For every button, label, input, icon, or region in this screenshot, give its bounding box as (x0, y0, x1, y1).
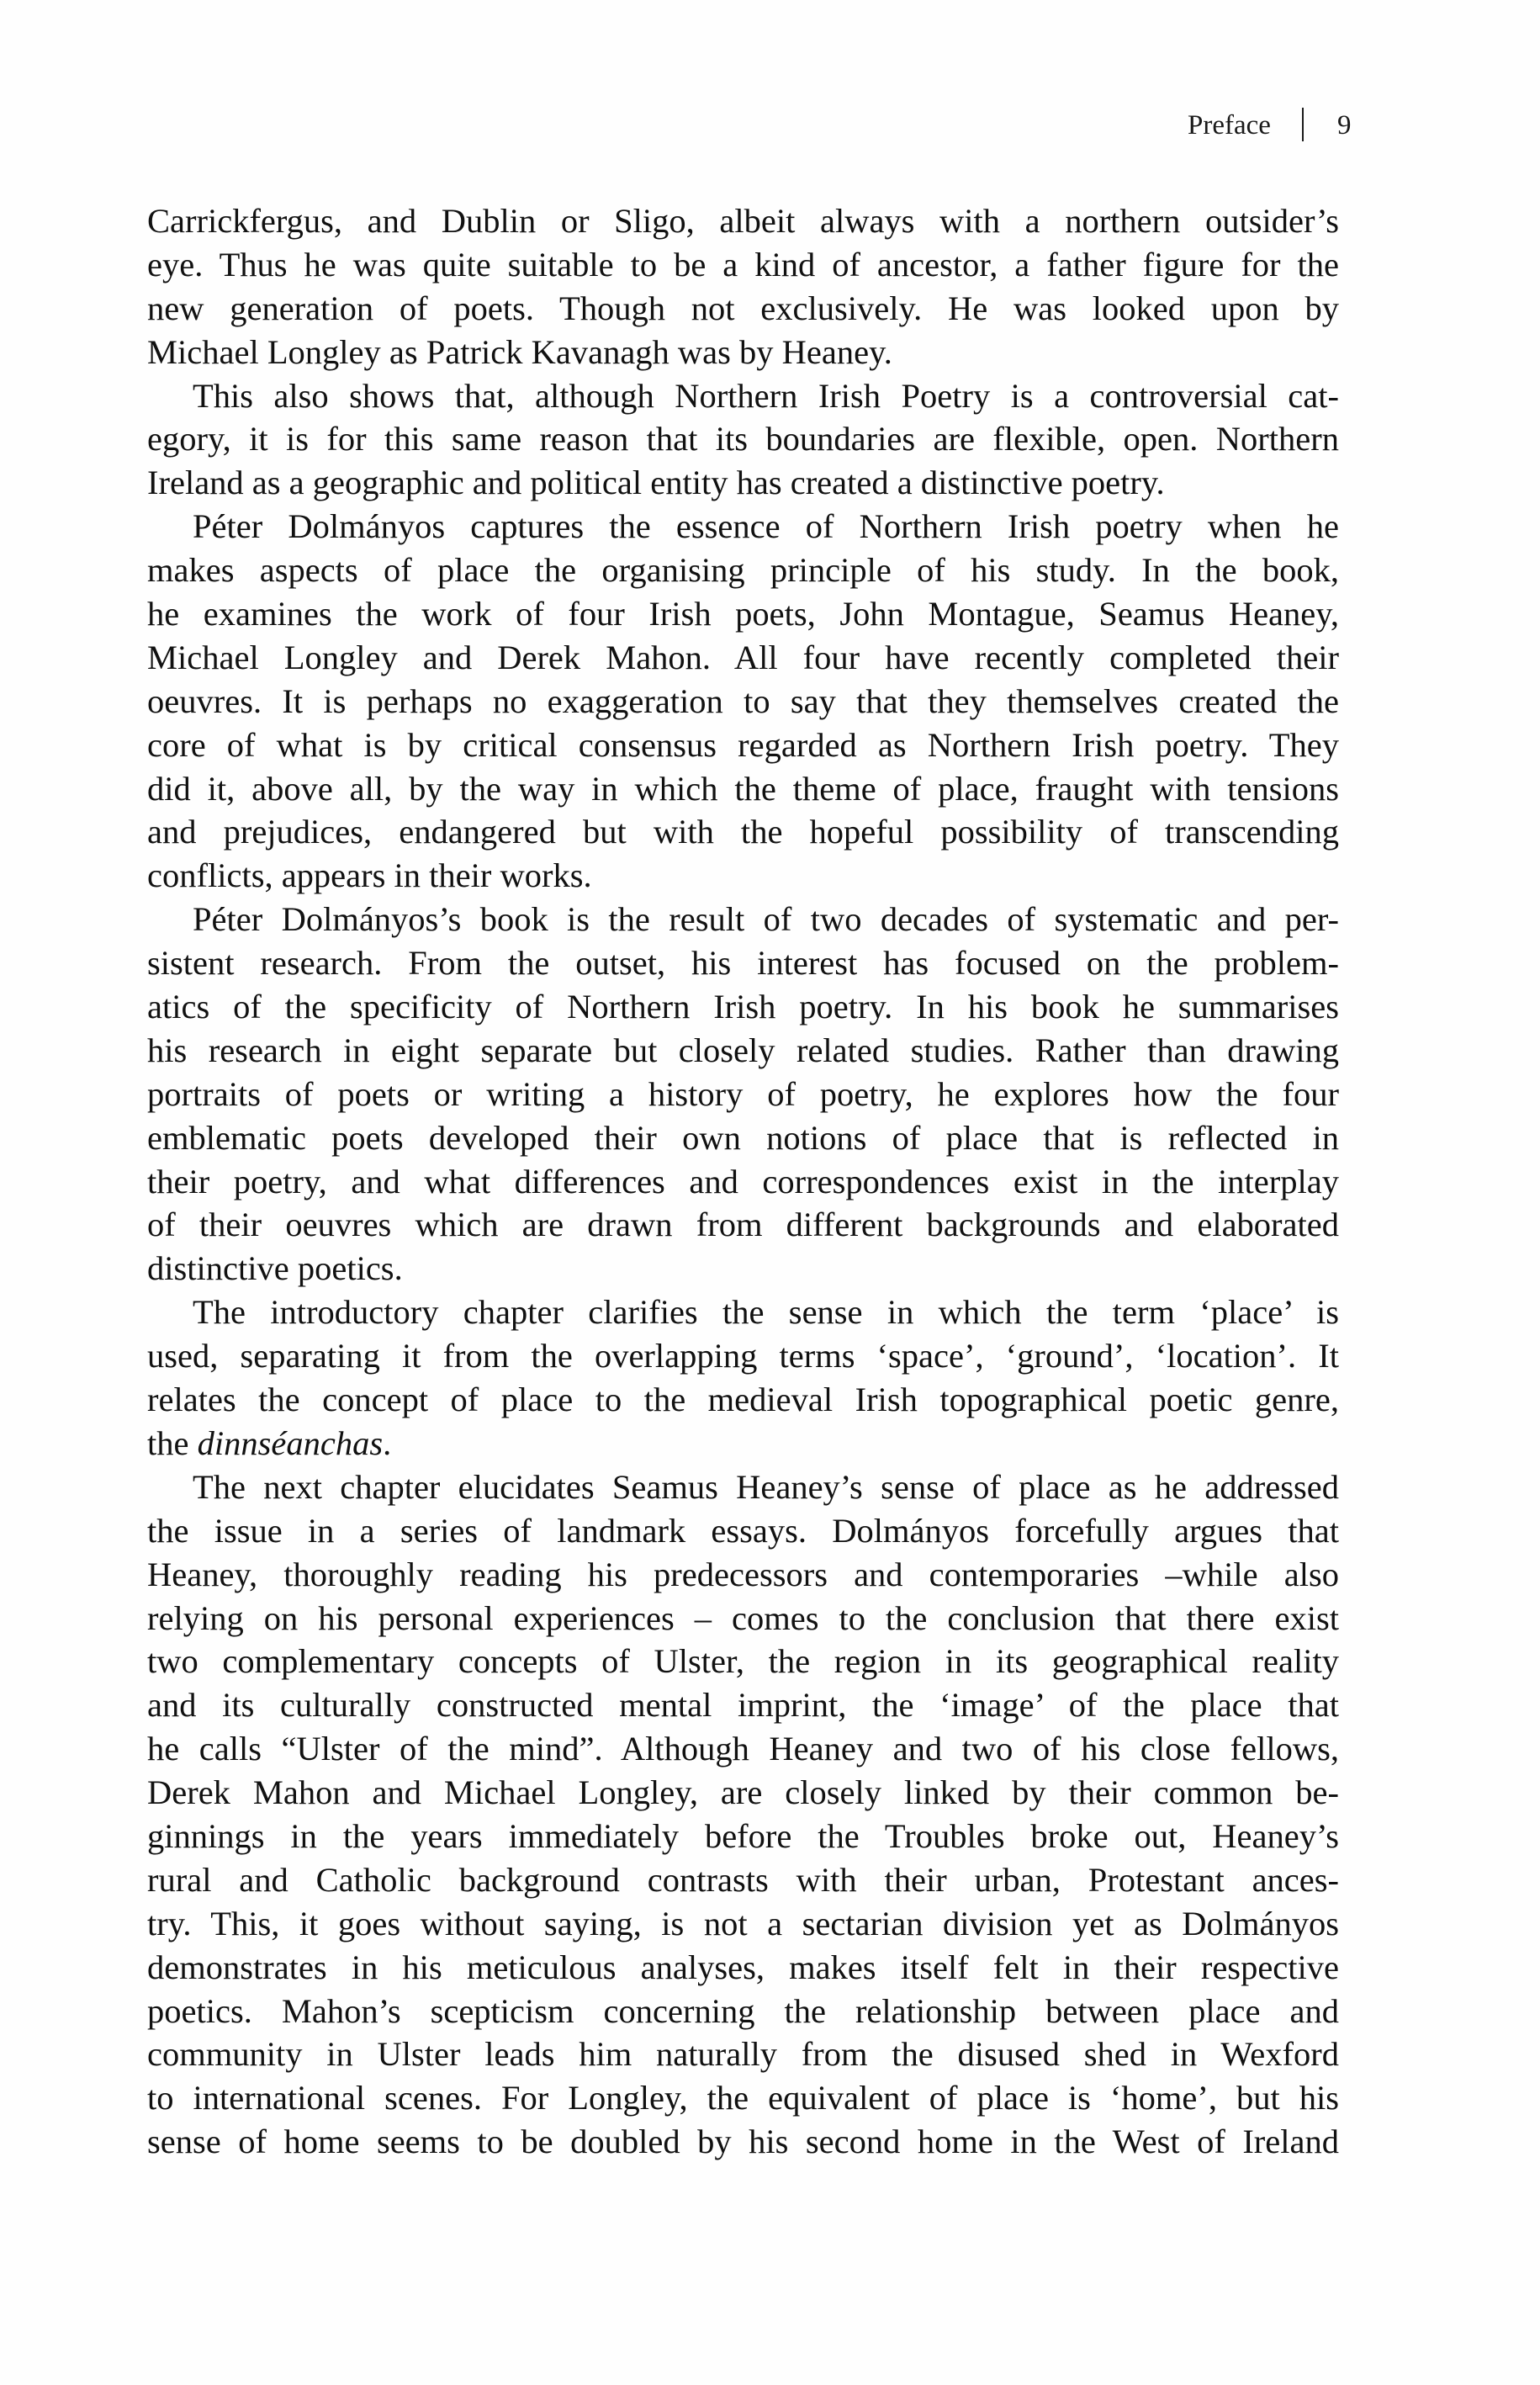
text-fragment: . (383, 1424, 391, 1462)
text-line: egory, it is for this same reason that i… (147, 417, 1339, 461)
text-line: Carrickfergus, and Dublin or Sligo, albe… (147, 199, 1339, 243)
running-head-separator (1302, 108, 1304, 141)
text-line: used, separating it from the overlapping… (147, 1334, 1339, 1378)
text-line: the issue in a series of landmark essays… (147, 1509, 1339, 1553)
italic-term: dinnséanchas (198, 1424, 383, 1462)
text-line: emblematic poets developed their own not… (147, 1116, 1339, 1160)
text-line: their poetry, and what differences and c… (147, 1160, 1339, 1204)
text-line: two complementary concepts of Ulster, th… (147, 1640, 1339, 1683)
text-line: Michael Longley as Patrick Kavanagh was … (147, 331, 1339, 374)
text-line: his research in eight separate but close… (147, 1029, 1339, 1073)
text-line: Péter Dolmányos’s book is the result of … (147, 898, 1339, 941)
text-line: Péter Dolmányos captures the essence of … (147, 505, 1339, 549)
text-line: try. This, it goes without saying, is no… (147, 1902, 1339, 1946)
text-line: portraits of poets or writing a history … (147, 1073, 1339, 1116)
text-line: oeuvres. It is perhaps no exaggeration t… (147, 680, 1339, 723)
text-line: core of what is by critical consensus re… (147, 723, 1339, 767)
text-line: and prejudices, endangered but with the … (147, 810, 1339, 854)
text-line: sense of home seems to be doubled by his… (147, 2120, 1339, 2164)
book-page: Preface 9 Carrickfergus, and Dublin or S… (0, 0, 1540, 2385)
text-line: The introductory chapter clarifies the s… (147, 1291, 1339, 1334)
text-line: conflicts, appears in their works. (147, 854, 1339, 898)
text-line: eye. Thus he was quite suitable to be a … (147, 243, 1339, 287)
text-line: Ireland as a geographic and political en… (147, 461, 1339, 505)
text-line: he examines the work of four Irish poets… (147, 592, 1339, 636)
text-line: ginnings in the years immediately before… (147, 1815, 1339, 1858)
text-line: poetics. Mahon’s scepticism concerning t… (147, 1990, 1339, 2033)
text-line: community in Ulster leads him naturally … (147, 2033, 1339, 2076)
text-line: atics of the specificity of Northern Iri… (147, 985, 1339, 1029)
text-line: Derek Mahon and Michael Longley, are clo… (147, 1771, 1339, 1815)
text-line: distinctive poetics. (147, 1247, 1339, 1291)
body-text: Carrickfergus, and Dublin or Sligo, albe… (147, 199, 1339, 2164)
text-line: Michael Longley and Derek Mahon. All fou… (147, 636, 1339, 680)
text-line: of their oeuvres which are drawn from di… (147, 1203, 1339, 1247)
text-line: the dinnséanchas. (147, 1422, 1339, 1465)
text-line: new generation of poets. Though not excl… (147, 287, 1339, 331)
text-line: and its culturally constructed mental im… (147, 1683, 1339, 1727)
running-head: Preface 9 (1093, 108, 1346, 150)
running-head-section: Preface (1188, 110, 1271, 141)
text-fragment: the (147, 1424, 198, 1462)
text-line: Heaney, thoroughly reading his predecess… (147, 1553, 1339, 1597)
text-line: This also shows that, although Northern … (147, 374, 1339, 418)
text-line: makes aspects of place the organising pr… (147, 549, 1339, 592)
text-line: to international scenes. For Longley, th… (147, 2076, 1339, 2120)
text-line: did it, above all, by the way in which t… (147, 767, 1339, 811)
text-line: relying on his personal experiences – co… (147, 1597, 1339, 1640)
text-line: demonstrates in his meticulous analyses,… (147, 1946, 1339, 1990)
text-line: The next chapter elucidates Seamus Heane… (147, 1465, 1339, 1509)
text-line: sistent research. From the outset, his i… (147, 941, 1339, 985)
text-line: he calls “Ulster of the mind”. Although … (147, 1727, 1339, 1771)
text-line: relates the concept of place to the medi… (147, 1378, 1339, 1422)
text-line: rural and Catholic background contrasts … (147, 1858, 1339, 1902)
page-number: 9 (1337, 110, 1352, 141)
